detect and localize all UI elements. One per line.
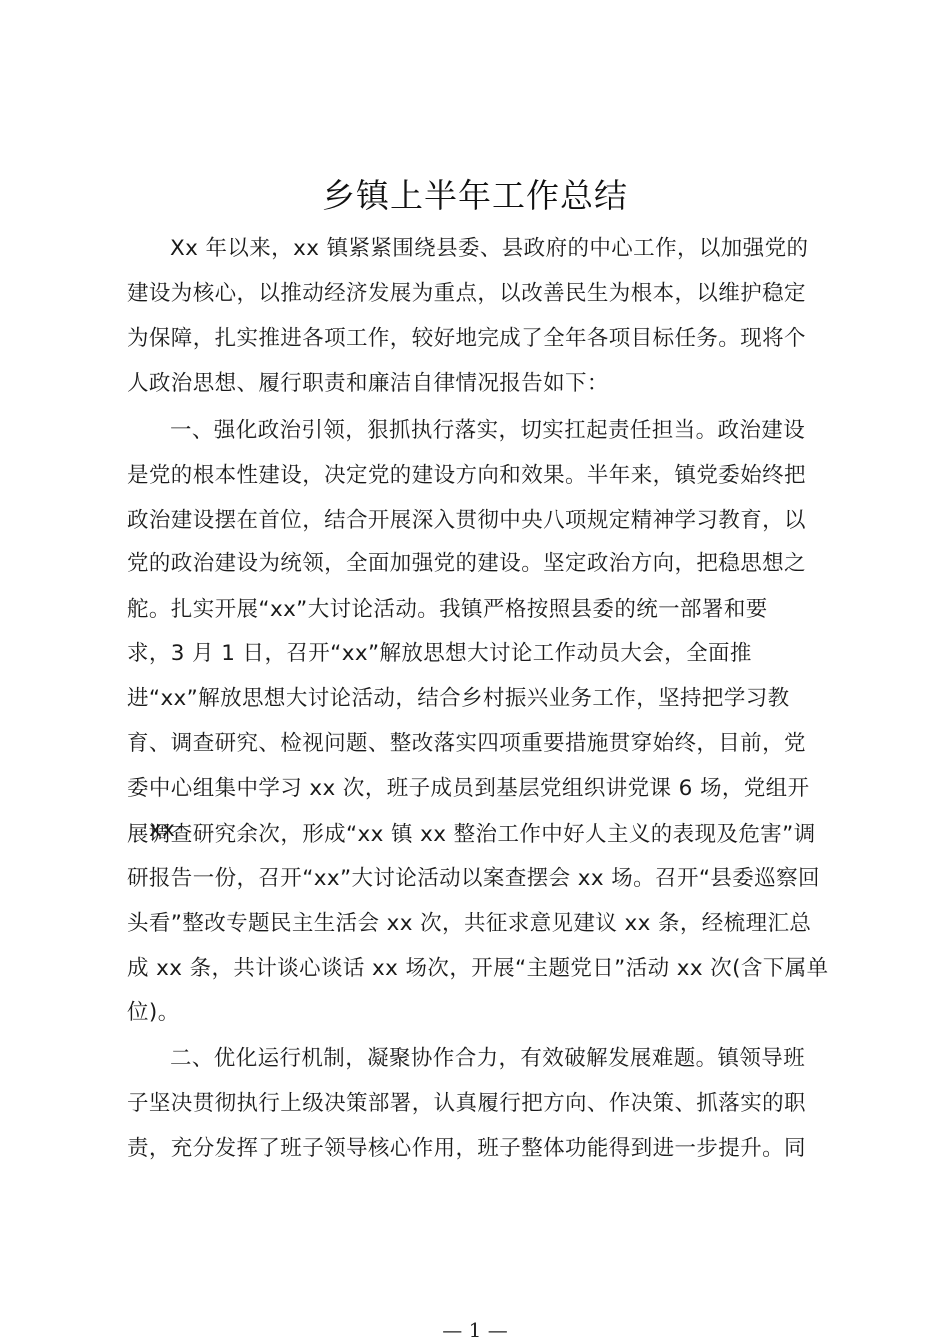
section-1-line-9: 委中心组集中学习 xx 次，班子成员到基层党组织讲党课 6 场，党组开 [127, 771, 809, 802]
section-1-line-12: 头看”整改专题民主生活会 xx 次，共征求意见建议 xx 条，经梳理汇总 [127, 906, 811, 937]
paragraph-1-line-3: 为保障，扎实推进各项工作，较好地完成了全年各项目标任务。现将个 [127, 321, 806, 352]
section-1-line-11: 研报告一份，召开“xx”大讨论活动以案查摆会 xx 场。召开“县委巡察回 [127, 861, 820, 892]
document-page: 乡镇上半年工作总结 Xx 年以来，xx 镇紧紧围绕县委、县政府的中心工作，以加强… [0, 0, 950, 1344]
section-1-heading-line: 一、强化政治引领，狠抓执行落实，切实扛起责任担当。政治建设 [170, 413, 805, 444]
document-title: 乡镇上半年工作总结 [0, 170, 950, 217]
section-1-line-3: 政治建设摆在首位，结合开展深入贯彻中央八项规定精神学习教育，以 [127, 503, 806, 534]
line-remainder: 余次，形成“xx 镇 xx 整治工作中好人主义的表现及危害”调 [237, 822, 816, 847]
overlap-ghost-text: xx [149, 817, 175, 842]
paragraph-1-line-4: 人政治思想、履行职责和廉洁自律情况报告如下： [127, 366, 609, 397]
overlapping-text: 展调查研究 xx [127, 817, 237, 848]
section-1-line-2: 是党的根本性建设，决定党的建设方向和效果。半年来，镇党委始终把 [127, 458, 806, 489]
page-number: — 1 — [0, 1318, 950, 1342]
paragraph-1-line-1: Xx 年以来，xx 镇紧紧围绕县委、县政府的中心工作，以加强党的 [170, 231, 808, 262]
section-1-line-7: 进“xx”解放思想大讨论活动，结合乡村振兴业务工作，坚持把学习教 [127, 681, 790, 712]
section-1-line-10: 展调查研究 xx 余次，形成“xx 镇 xx 整治工作中好人主义的表现及危害”调 [127, 817, 816, 848]
section-1-line-13: 成 xx 条，共计谈心谈话 xx 场次，开展“主题党日”活动 xx 次(含下属单 [127, 951, 829, 982]
overlap-base-text: 展调查研究 [127, 822, 237, 847]
section-2-line-3: 责，充分发挥了班子领导核心作用，班子整体功能得到进一步提升。同 [127, 1131, 806, 1162]
paragraph-1-line-2: 建设为核心，以推动经济发展为重点，以改善民生为根本，以维护稳定 [127, 276, 806, 307]
section-1-line-6: 求，3 月 1 日，召开“xx”解放思想大讨论工作动员大会，全面推 [127, 636, 752, 667]
section-1-line-5: 舵。扎实开展“xx”大讨论活动。我镇严格按照县委的统一部署和要 [127, 592, 768, 623]
section-1-line-14: 位)。 [127, 995, 180, 1026]
section-2-line-2: 子坚决贯彻执行上级决策部署，认真履行把方向、作决策、抓落实的职 [127, 1086, 806, 1117]
section-1-line-4: 党的政治建设为统领，全面加强党的建设。坚定政治方向，把稳思想之 [127, 546, 806, 577]
section-1-line-8: 育、调查研究、检视问题、整改落实四项重要措施贯穿始终，目前，党 [127, 726, 806, 757]
section-2-heading-line: 二、优化运行机制，凝聚协作合力，有效破解发展难题。镇领导班 [170, 1041, 805, 1072]
